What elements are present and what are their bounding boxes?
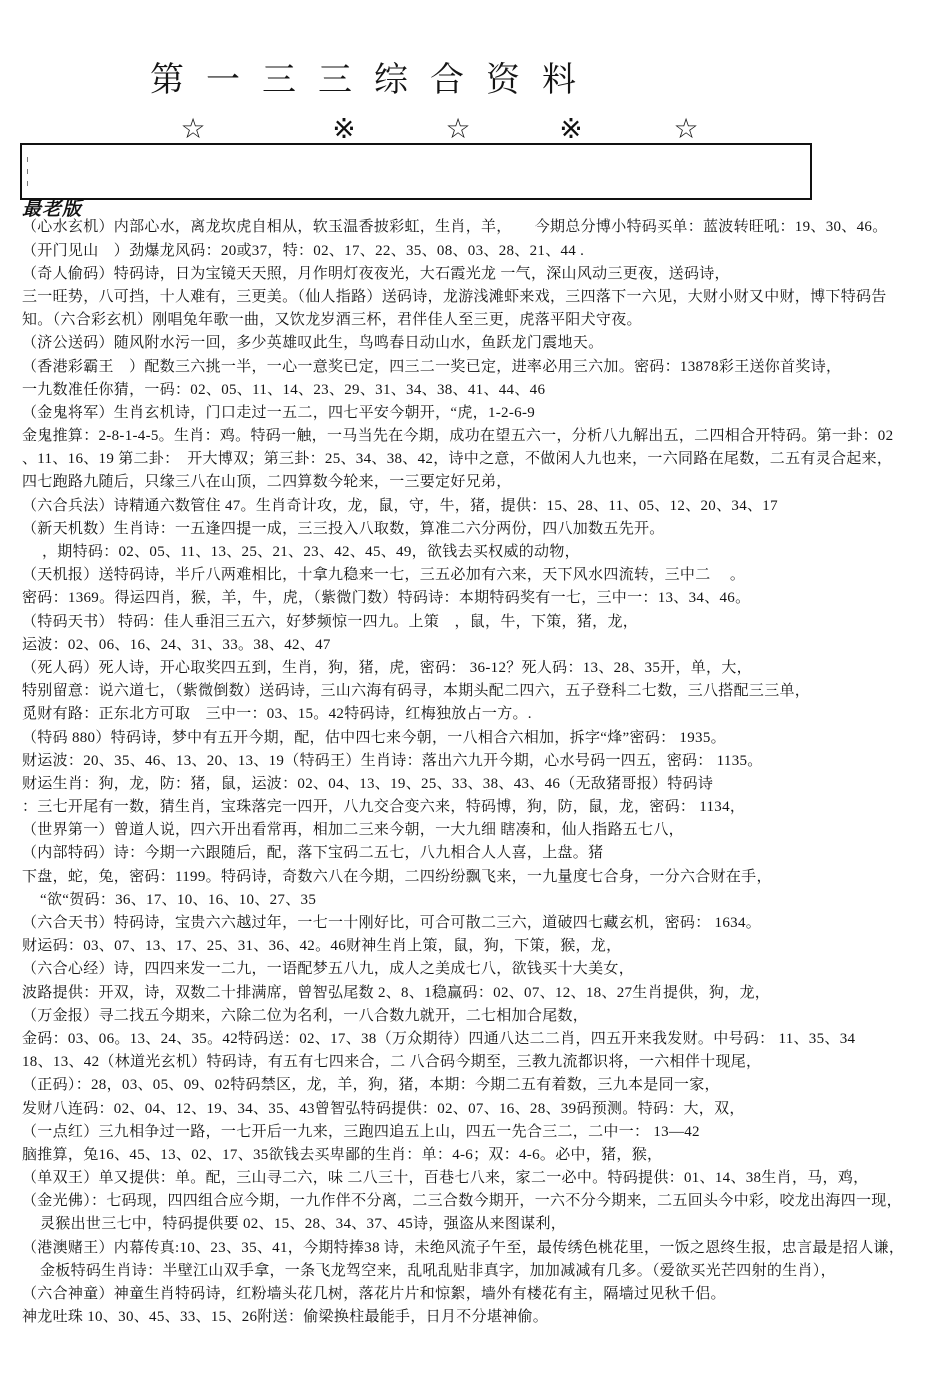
reference-mark-icon: ※ — [327, 114, 361, 144]
text-line: 密码：1369。得运四肖，猴，羊，牛，虎，（紫微门数）特码诗：本期特码奖有一七，… — [22, 587, 930, 610]
text-line: （六合神童）神童生肖特码诗，红粉墙头花几树，落花片片和惊絮，墙外有楼花有主，隔墙… — [22, 1283, 930, 1306]
page-title: 第一三三综合资料 — [150, 58, 598, 102]
text-line: （特码天书） 特码：佳人垂泪三五六，好梦频惊一四九。上策 ，鼠，牛，下策，猪，龙… — [22, 611, 930, 634]
text-line: （内部特码）诗：今期一六跟随后，配，落下宝码二五七，八九相合人人喜，上盘。猪 — [22, 842, 930, 865]
text-line: （香港彩霸王 ）配数三六挑一半，一心一意奖已定，四三二一奖已定，进率必用三六加。… — [22, 356, 930, 379]
text-line: （奇人偷码）特码诗，日为宝镜天天照，月作明灯夜夜光，大石霞光龙 一气，深山风动三… — [22, 263, 930, 286]
text-line: （单双王）单又提供：单。配，三山寻二六，味 二八三十，百巷七八来，家二一必中。特… — [22, 1167, 930, 1190]
text-line: 金码：03、06。13、24、35。42特码送：02、17、38（万众期待）四通… — [22, 1028, 930, 1051]
text-line: （特码 880）特码诗，梦中有五开今期，配，估中四七来今朝，一八相合六相加，拆字… — [22, 727, 930, 750]
star-icon: ☆ — [441, 114, 475, 144]
text-line: ：三七开尾有一数，猜生肖，宝珠落完一四开，八九交合变六来，特码博，狗，防，鼠，龙… — [22, 796, 930, 819]
text-line: （金鬼将军）生肖玄机诗，门口走过一五二，四七平安今朝开，“虎，1-2-6-9 — [22, 402, 930, 425]
text-line: （金光佛）：七码现，四四组合应今期，一九作伴不分离，二三合数今期开，一六不分今期… — [22, 1190, 930, 1213]
text-line: 金鬼推算：2-8-1-4-5。生肖：鸡。特码一触，一马当先在今期，成功在望五六一… — [22, 425, 930, 448]
text-line: 下盘，蛇，兔，密码：1199。特码诗，奇数六八在今期，二四纷纷飘飞来，一九量度七… — [22, 866, 930, 889]
text-line: （正码）：28，03、05、09、02特码禁区，龙，羊，狗，猪，本期：今期二五有… — [22, 1074, 930, 1097]
text-line: 财运生肖：狗，龙，防：猪，鼠，运波：02、04、13、19、25、33、38、4… — [22, 773, 930, 796]
text-line: 波路提供：开双，诗，双数二十排满席，曾智弘尾数 2、8、1稳赢码：02、07、1… — [22, 982, 930, 1005]
text-line: ，期特码：02、05、11、13、25、21、23、42、45、49，欲钱去买权… — [22, 541, 930, 564]
text-line: 财运码：03、07、13、17、25、31、36、42。46财神生肖上策，鼠，狗… — [22, 935, 930, 958]
text-line: 运波：02、06、16、24、31、33。38、42、47 — [22, 634, 930, 657]
text-line: （济公送码）随风附水污一回，多少英雄叹此生，鸟鸣春日动山水，鱼跃龙门震地天。 — [22, 332, 930, 355]
content-body: （心水玄机）内部心水，离龙坎虎自相从，软玉温香披彩虹，生肖，羊， 今期总分博小特… — [22, 216, 930, 1329]
text-line: 发财八连码：02、04、12、19、34、35、43曾智弘特码提供：02、07、… — [22, 1098, 930, 1121]
star-icon: ☆ — [176, 114, 210, 144]
text-line: 一九数准任你猜，一码：02、05、11、14、23、29、31、34、38、41… — [22, 379, 930, 402]
text-line: （六合心经）诗，四四来发一二九，一语配梦五八九，成人之美成七八，欲钱买十大美女， — [22, 958, 930, 981]
scan-mark — [27, 169, 28, 174]
scan-mark — [27, 181, 28, 186]
text-line: 金板特码生肖诗：半壁江山双手拿，一条飞龙驾空来，乱吼乱贴非真字，加加减减有几多。… — [22, 1260, 930, 1283]
text-line: 财运波：20、35、46、13、20、13、19（特码王）生肖诗：落出六九开今期… — [22, 750, 930, 773]
text-line: （开门见山 ）劲爆龙风码：20或37，特：02、17、22、35、08、03、2… — [22, 240, 930, 263]
text-line: 、11、16、19 第二卦： 开大博双；第三卦：25、34、38、42，诗中之意… — [22, 448, 930, 471]
text-line: 神龙吐珠 10、30、45、33、15、26附送：偷梁换柱最能手，日月不分堪神偷… — [22, 1306, 930, 1329]
text-line: （万金报）寻二找五今期来，六除二位为名利，一八合数九就开，二七相加合尾数， — [22, 1005, 930, 1028]
text-line: 脑推算，兔16、45、13、02、17、35欲钱去买卑鄙的生肖：单：4-6；双：… — [22, 1144, 930, 1167]
reference-mark-icon: ※ — [554, 114, 588, 144]
text-line: （心水玄机）内部心水，离龙坎虎自相从，软玉温香披彩虹，生肖，羊， 今期总分博小特… — [22, 216, 930, 239]
text-line: 知。（六合彩玄机）刚唱兔年歌一曲，又饮龙岁酒三杯，君伴佳人至三更，虎落平阳犬守夜… — [22, 309, 930, 332]
text-line: 灵猴出世三七中，特码提供要 02、15、28、34、37、45诗，强盗从来图谋利… — [22, 1213, 930, 1236]
text-line: 四七跑路九随后，只缘三八在山顶，二四算数今轮来，一三要定好兄弟， — [22, 471, 930, 494]
star-icon: ☆ — [669, 114, 703, 144]
text-line: （死人码）死人诗，开心取奖四五到，生肖，狗，猪，虎，密码： 36-12？死人码：… — [22, 657, 930, 680]
text-line: （六合兵法）诗精通六数管住 47。生肖奇计攻，龙，鼠，守，牛，猪，提供：15、2… — [22, 495, 930, 518]
text-line: 觅财有路：正东北方可取 三中一：03、15。42特码诗，红梅独放占一方。. — [22, 703, 930, 726]
text-line: 三一旺势，八可挡，十人难有，三更美。（仙人指路）送码诗，龙游浅滩虾来戏，三四落下… — [22, 286, 930, 309]
text-line: （世界第一）曾道人说，四六开出看常再，相加二三来今朝，一大九细 瞎凑和，仙人指路… — [22, 819, 930, 842]
text-line: 18、13、42（林道光玄机）特码诗，有五有七四来合，二 八合码今期至，三教九流… — [22, 1051, 930, 1074]
text-line: “欲“贺码：36、17、10、16、10、27、35 — [22, 889, 930, 912]
text-line: （港澳赌王）内幕传真:10、23、35、41，今期特捧38 诗，未绝风流子午至，… — [22, 1237, 930, 1260]
text-line: 特别留意：说六道七，（紫微倒数）送码诗，三山六海有码寻，本期头配二四六，五子登科… — [22, 680, 930, 703]
scan-mark — [27, 157, 28, 162]
text-line: （天机报）送特码诗，半斤八两难相比，十拿九稳来一七，三五必加有六来，天下风水四流… — [22, 564, 930, 587]
text-line: （新天机数）生肖诗：一五逢四提一成，三三投入八取数，算准二六分两份，四八加数五先… — [22, 518, 930, 541]
text-line: （一点红）三九相争过一路，一七开后一九来，三跑四追五上山，四五一先合三二，二中一… — [22, 1121, 930, 1144]
banner-box — [20, 143, 812, 200]
text-line: （六合天书）特码诗，宝贵六六越过年，一七一十刚好比，可合可散二三六，道破四七藏玄… — [22, 912, 930, 935]
